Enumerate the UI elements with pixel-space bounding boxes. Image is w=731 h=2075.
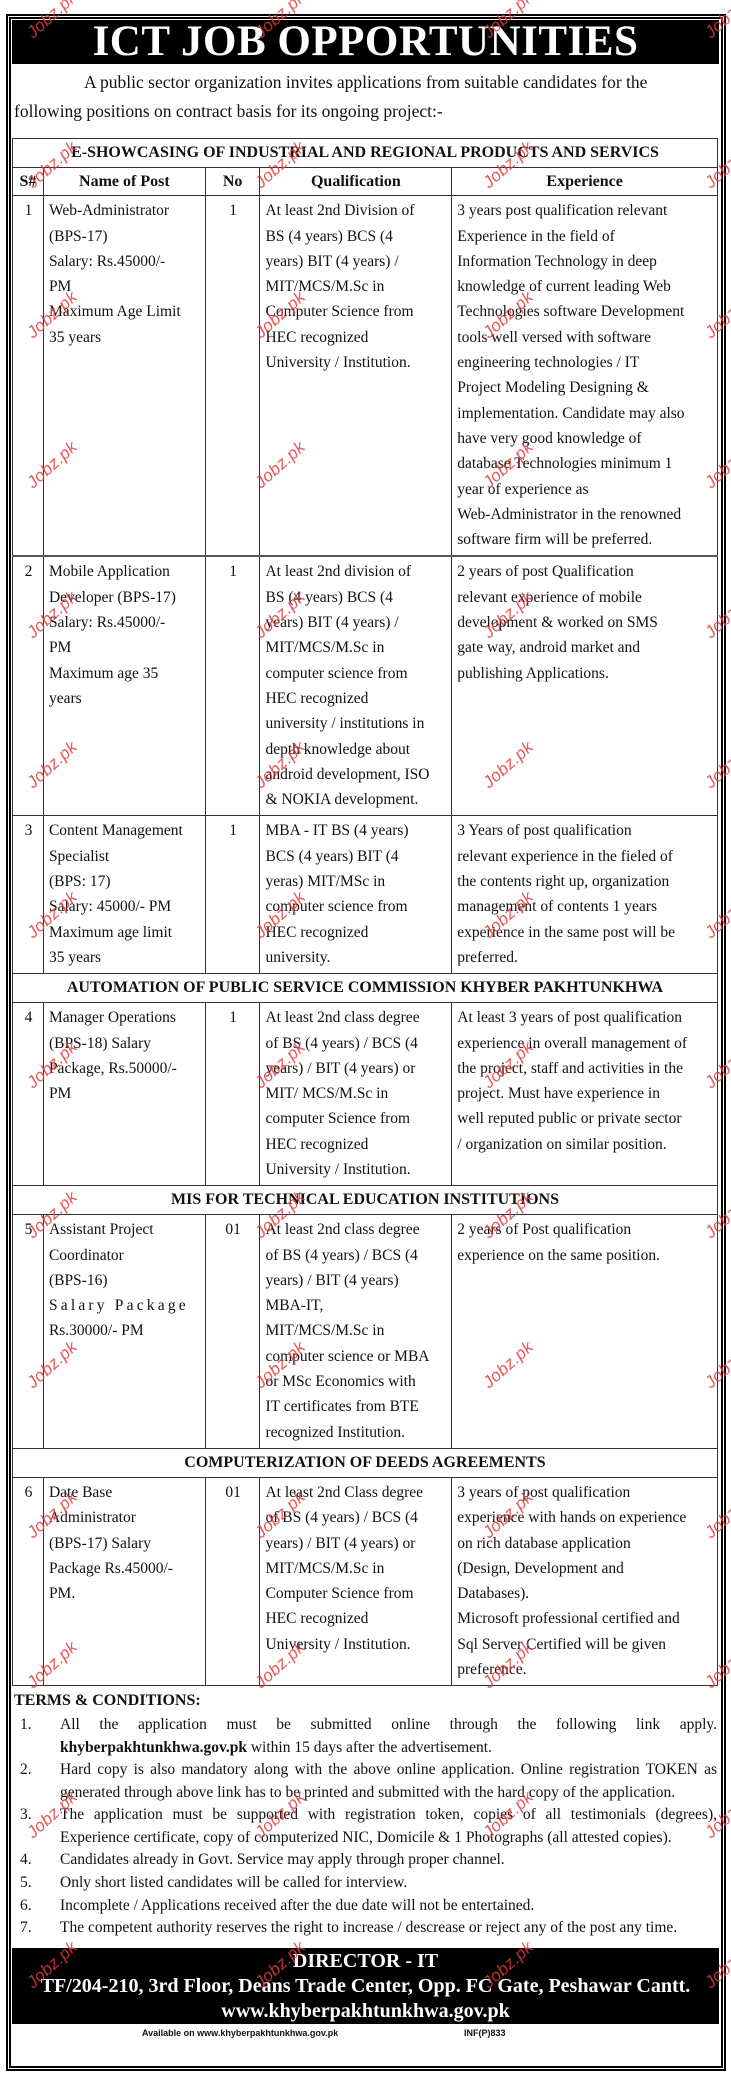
cell-line: Maximum Age Limit [49,299,201,324]
term-body: Candidates already in Govt. Service may … [60,1851,505,1868]
page-title: ICT JOB OPPORTUNITIES [12,20,719,64]
term-item: 7.The competent authority reserves the r… [14,1917,719,1940]
cell-line: Information Technology in deep [457,249,713,274]
cell-line: BS (4 years) BCS (4 [265,585,447,610]
cell-line: Technologies software Development [457,299,713,324]
cell-line: Computer Science from [265,1581,447,1606]
cell-line: HEC recognized [265,1606,447,1631]
available-on-text: Available on www.khyberpakhtunkhwa.gov.p… [142,2028,338,2038]
cell-line: (BPS: 17) [49,869,201,894]
cell-line: Salary: Rs.45000/- [49,610,201,635]
term-body-continued: within 15 days after the advertisement. [247,1739,492,1756]
cell-line: PM [49,635,201,660]
term-number: 2. [14,1759,60,1804]
section-header-row: MIS FOR TECHNICAL EDUCATION INSTITUTIONS [13,1186,718,1215]
post-count: 1 [205,196,260,557]
cell-line: computer Science from [265,1106,447,1131]
cell-line: 3 years of post qualification [457,1480,713,1505]
serial-number: 5 [13,1215,44,1449]
term-number: 3. [14,1804,60,1849]
term-item: 3.The application must be supported with… [14,1804,719,1849]
experience: 3 Years of post qualificationrelevant ex… [452,816,718,974]
cell-line: Date Base [49,1480,201,1505]
table-header-row: S#Name of PostNoQualificationExperience [13,168,718,196]
serial-number: 3 [13,816,44,974]
table-row: 4Manager Operations(BPS-18) SalaryPackag… [13,1003,718,1186]
post-name: Mobile ApplicationDeveloper (BPS-17)Sala… [43,556,205,815]
term-item: 4.Candidates already in Govt. Service ma… [14,1849,719,1872]
column-header: Experience [452,168,718,196]
cell-line: Experience in the field of [457,224,713,249]
cell-line: or MSc Economics with [265,1369,447,1394]
qualification: At least 2nd class degreeof BS (4 years)… [260,1215,452,1449]
intro-paragraph: A public sector organization invites app… [12,68,719,126]
cell-line: project. Must have experience in [457,1081,713,1106]
cell-line: At least 3 years of post qualification [457,1005,713,1030]
section-title: E-SHOWCASING OF INDUSTRIAL AND REGIONAL … [13,139,718,168]
cell-line: Manager Operations [49,1005,201,1030]
cell-line: 3 Years of post qualification [457,818,713,843]
cell-line: Package, Rs.50000/- [49,1056,201,1081]
cell-line: 2 years of post Qualification [457,559,713,584]
cell-line: Web-Administrator in the renowned [457,502,713,527]
term-text: Only short listed candidates will be cal… [60,1872,719,1895]
cell-line: & NOKIA development. [265,787,447,812]
term-number: 4. [14,1849,60,1872]
post-name: Content ManagementSpecialist(BPS: 17)Sal… [43,816,205,974]
section-header-row: COMPUTERIZATION OF DEEDS AGREEMENTS [13,1448,718,1477]
term-text: The competent authority reserves the rig… [60,1917,719,1940]
serial-number: 4 [13,1003,44,1186]
cell-line: computer science from [265,661,447,686]
cell-line: well reputed public or private sector [457,1106,713,1131]
serial-number: 6 [13,1477,44,1685]
term-item: 1.All the application must be submitted … [14,1714,719,1759]
section-header-row: E-SHOWCASING OF INDUSTRIAL AND REGIONAL … [13,139,718,168]
cell-line: / organization on similar position. [457,1132,713,1157]
cell-line: depth knowledge about [265,737,447,762]
term-number: 1. [14,1714,60,1759]
post-name: Assistant ProjectCoordinator(BPS-16)Sala… [43,1215,205,1449]
cell-line: computer science or MBA [265,1344,447,1369]
section-title: COMPUTERIZATION OF DEEDS AGREEMENTS [13,1448,718,1477]
footer-address: TF/204-210, 3rd Floor, Deans Trade Cente… [12,1974,719,1999]
cell-line: Package Rs.45000/- [49,1556,201,1581]
jobs-table: E-SHOWCASING OF INDUSTRIAL AND REGIONAL … [12,138,718,1686]
intro-line-2: following positions on contract basis fo… [14,101,443,121]
cell-line: Maximum age 35 [49,661,201,686]
cell-line: university. [265,945,447,970]
terms-heading: TERMS & CONDITIONS: [14,1690,719,1713]
contact-footer: DIRECTOR - IT TF/204-210, 3rd Floor, Dea… [12,1948,719,2024]
cell-line: Mobile Application [49,559,201,584]
experience: 2 years of post Qualificationrelevant ex… [452,556,718,815]
serial-number: 1 [13,196,44,557]
table-row: 1Web-Administrator(BPS-17)Salary: Rs.450… [13,196,718,557]
cell-line: experience in overall management of [457,1031,713,1056]
cell-line: development & worked on SMS [457,610,713,635]
qualification: At least 2nd Class degreeof BS (4 years)… [260,1477,452,1685]
cell-line: MIT/MCS/M.Sc in [265,635,447,660]
cell-line: 35 years [49,945,201,970]
job-advertisement: ICT JOB OPPORTUNITIES A public sector or… [12,20,719,2042]
cell-line: MBA-IT, [265,1293,447,1318]
cell-line: PM. [49,1581,201,1606]
cell-line: Maximum age limit [49,920,201,945]
cell-line: preference. [457,1657,713,1682]
cell-line: PM [49,274,201,299]
cell-line: 2 years of Post qualification [457,1217,713,1242]
cell-line: 3 years post qualification relevant [457,198,713,223]
term-item: 5.Only short listed candidates will be c… [14,1872,719,1895]
post-count: 1 [205,1003,260,1186]
cell-line: MIT/MCS/M.Sc in [265,1556,447,1581]
cell-line: Project Modeling Designing & [457,375,713,400]
cell-line: of BS (4 years) / BCS (4 [265,1505,447,1530]
cell-line: HEC recognized [265,1132,447,1157]
intro-line-1: A public sector organization invites app… [84,72,647,92]
table-row: 2Mobile ApplicationDeveloper (BPS-17)Sal… [13,556,718,815]
cell-line: At least 2nd Class degree [265,1480,447,1505]
cell-line: the contents right up, organization [457,869,713,894]
cell-line: experience with hands on experience [457,1505,713,1530]
cell-line: University / Institution. [265,350,447,375]
qualification: MBA - IT BS (4 years)BCS (4 years) BIT (… [260,816,452,974]
cell-line: recognized Institution. [265,1420,447,1445]
cell-line: MIT/MCS/M.Sc in [265,1318,447,1343]
cell-line: the project, staff and activities in the [457,1056,713,1081]
cell-line: (BPS-17) Salary [49,1531,201,1556]
cell-line: (BPS-17) [49,224,201,249]
cell-line: have very good knowledge of [457,426,713,451]
table-row: 5Assistant ProjectCoordinator(BPS-16)Sal… [13,1215,718,1449]
cell-line: on rich database application [457,1531,713,1556]
cell-line: MIT/ MCS/M.Sc in [265,1081,447,1106]
cell-line: years) BIT (4 years) / [265,610,447,635]
section-title: AUTOMATION OF PUBLIC SERVICE COMMISSION … [13,974,718,1003]
cell-line: (BPS-18) Salary [49,1031,201,1056]
term-text: The application must be supported with r… [60,1804,719,1849]
cell-line: of BS (4 years) / BCS (4 [265,1031,447,1056]
experience: 3 years post qualification relevantExper… [452,196,718,557]
cell-line: Specialist [49,844,201,869]
cell-line: (BPS-16) [49,1268,201,1293]
cell-line: MBA - IT BS (4 years) [265,818,447,843]
cell-line: Rs.30000/- PM [49,1318,201,1343]
term-item: 6.Incomplete / Applications received aft… [14,1895,719,1918]
column-header: No [205,168,260,196]
cell-line: years) / BIT (4 years) [265,1268,447,1293]
cell-line: experience on the same position. [457,1243,713,1268]
column-header: Qualification [260,168,452,196]
cell-line: Assistant Project [49,1217,201,1242]
cell-line: computer science from [265,894,447,919]
cell-line: HEC recognized [265,920,447,945]
term-number: 5. [14,1872,60,1895]
cell-line: Salary: Rs.45000/- [49,249,201,274]
qualification: At least 2nd class degreeof BS (4 years)… [260,1003,452,1186]
term-text: All the application must be submitted on… [60,1714,719,1759]
post-count: 01 [205,1215,260,1449]
serial-number: 2 [13,556,44,815]
table-row: 6Date BaseAdministrator(BPS-17) SalaryPa… [13,1477,718,1685]
cell-line: At least 2nd Division of [265,198,447,223]
apply-link[interactable]: khyberpakhtunkhwa.gov.pk [60,1739,247,1756]
availability-line: Available on www.khyberpakhtunkhwa.gov.p… [12,2028,719,2042]
cell-line: BCS (4 years) BIT (4 [265,844,447,869]
cell-line: University / Institution. [265,1157,447,1182]
cell-line: At least 2nd division of [265,559,447,584]
cell-line: android development, ISO [265,762,447,787]
cell-line: years) / BIT (4 years) or [265,1531,447,1556]
post-name: Date BaseAdministrator(BPS-17) SalaryPac… [43,1477,205,1685]
cell-line: implementation. Candidate may also [457,401,713,426]
term-body: Hard copy is also mandatory along with t… [60,1761,717,1801]
term-body: All the application must be submitted on… [60,1716,717,1733]
section-header-row: AUTOMATION OF PUBLIC SERVICE COMMISSION … [13,974,718,1003]
reference-number: INF(P)833 [464,2028,506,2038]
term-body: Only short listed candidates will be cal… [60,1874,407,1891]
terms-and-conditions: TERMS & CONDITIONS: 1.All the applicatio… [12,1690,719,1940]
cell-line: years [49,686,201,711]
cell-line: engineering technologies / IT [457,350,713,375]
cell-line: years) / BIT (4 years) or [265,1056,447,1081]
cell-line: relevant experience of mobile [457,585,713,610]
cell-line: relevant experience in the fieled of [457,844,713,869]
cell-line: At least 2nd class degree [265,1217,447,1242]
term-body: The application must be supported with r… [60,1806,717,1846]
column-header: Name of Post [43,168,205,196]
post-name: Web-Administrator(BPS-17)Salary: Rs.4500… [43,196,205,557]
cell-line: Developer (BPS-17) [49,585,201,610]
cell-line: Coordinator [49,1243,201,1268]
cell-line: of BS (4 years) / BCS (4 [265,1243,447,1268]
term-number: 7. [14,1917,60,1940]
cell-line: HEC recognized [265,325,447,350]
cell-line: publishing Applications. [457,661,713,686]
cell-line: University / Institution. [265,1632,447,1657]
experience: 3 years of post qualificationexperience … [452,1477,718,1685]
cell-line: (Design, Development and [457,1556,713,1581]
cell-line: Computer Science from [265,299,447,324]
footer-website[interactable]: www.khyberpakhtunkhwa.gov.pk [12,1999,719,2024]
cell-line: software firm will be preferred. [457,527,713,552]
cell-line: Microsoft professional certified and [457,1606,713,1631]
term-text: Candidates already in Govt. Service may … [60,1849,719,1872]
cell-line: gate way, android market and [457,635,713,660]
term-number: 6. [14,1895,60,1918]
post-count: 01 [205,1477,260,1685]
term-item: 2.Hard copy is also mandatory along with… [14,1759,719,1804]
post-count: 1 [205,556,260,815]
experience: 2 years of Post qualificationexperience … [452,1215,718,1449]
term-body: The competent authority reserves the rig… [60,1919,677,1936]
term-body: Incomplete / Applications received after… [60,1897,534,1914]
cell-line: years) BIT (4 years) / [265,249,447,274]
term-text: Hard copy is also mandatory along with t… [60,1759,719,1804]
cell-line: tools well versed with software [457,325,713,350]
experience: At least 3 years of post qualificationex… [452,1003,718,1186]
cell-line: Salary: 45000/- PM [49,894,201,919]
cell-line: management of contents 1 years [457,894,713,919]
cell-line: Salary Package [49,1293,201,1318]
cell-line: yeras) MIT/MSc in [265,869,447,894]
terms-list: 1.All the application must be submitted … [14,1714,719,1940]
qualification: At least 2nd division ofBS (4 years) BCS… [260,556,452,815]
section-title: MIS FOR TECHNICAL EDUCATION INSTITUTIONS [13,1186,718,1215]
footer-director: DIRECTOR - IT [12,1949,719,1974]
cell-line: PM [49,1081,201,1106]
cell-line: BS (4 years) BCS (4 [265,224,447,249]
cell-line: database Technologies minimum 1 [457,451,713,476]
cell-line: preferred. [457,945,713,970]
cell-line: At least 2nd class degree [265,1005,447,1030]
table-row: 3Content ManagementSpecialist(BPS: 17)Sa… [13,816,718,974]
column-header: S# [13,168,44,196]
cell-line: knowledge of current leading Web [457,274,713,299]
cell-line: IT certificates from BTE [265,1394,447,1419]
cell-line: university / institutions in [265,711,447,736]
cell-line: 35 years [49,325,201,350]
cell-line: Databases). [457,1581,713,1606]
cell-line: Web-Administrator [49,198,201,223]
term-text: Incomplete / Applications received after… [60,1895,719,1918]
cell-line: Administrator [49,1505,201,1530]
post-count: 1 [205,816,260,974]
cell-line: Sql Server Certified will be given [457,1632,713,1657]
cell-line: MIT/MCS/M.Sc in [265,274,447,299]
post-name: Manager Operations(BPS-18) SalaryPackage… [43,1003,205,1186]
cell-line: Content Management [49,818,201,843]
cell-line: experience in the same post will be [457,920,713,945]
cell-line: year of experience as [457,477,713,502]
cell-line: HEC recognized [265,686,447,711]
qualification: At least 2nd Division ofBS (4 years) BCS… [260,196,452,557]
